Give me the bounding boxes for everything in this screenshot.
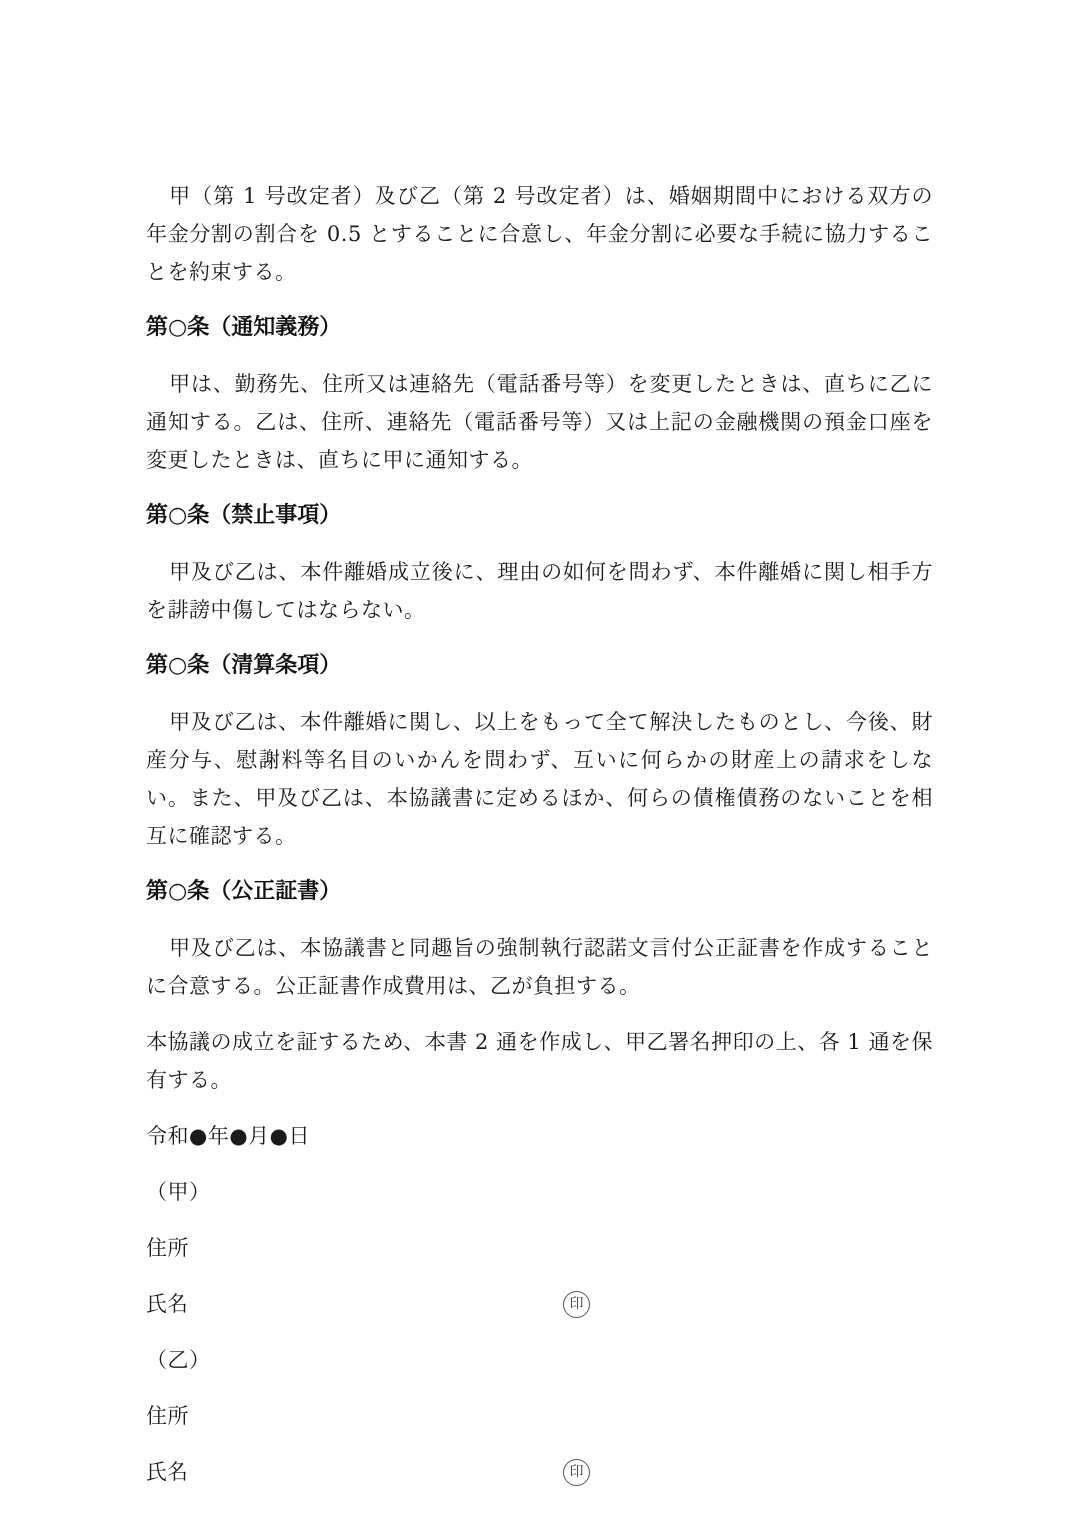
party-a-label: （甲） — [146, 1173, 933, 1211]
section-heading-prohibited-acts: 第○条（禁止事項） — [146, 497, 933, 535]
section-body-settlement-clause: 甲及び乙は、本件離婚に関し、以上をもって全て解決したものとし、今後、財産分与、慰… — [146, 703, 933, 855]
party-b-name-line: 氏名 印 — [146, 1453, 933, 1491]
seal-icon: 印 — [563, 1459, 590, 1486]
party-b-label: （乙） — [146, 1341, 933, 1379]
date-line: 令和●年●月●日 — [146, 1117, 933, 1155]
closing-paragraph: 本協議の成立を証するため、本書 2 通を作成し、甲乙署名押印の上、各 1 通を保… — [146, 1023, 933, 1099]
section-heading-notification-duty: 第○条（通知義務） — [146, 309, 933, 347]
section-heading-notarial-deed: 第○条（公正証書） — [146, 873, 933, 911]
party-a-name-line: 氏名 印 — [146, 1285, 933, 1323]
intro-paragraph: 甲（第 1 号改定者）及び乙（第 2 号改定者）は、婚姻期間中における双方の年金… — [146, 177, 933, 291]
seal-icon: 印 — [563, 1291, 590, 1318]
party-a-address-label: 住所 — [146, 1229, 933, 1267]
signature-block-party-a: （甲） 住所 氏名 印 — [146, 1173, 933, 1323]
section-body-notification-duty: 甲は、勤務先、住所又は連絡先（電話番号等）を変更したときは、直ちに乙に通知する。… — [146, 365, 933, 479]
section-heading-settlement-clause: 第○条（清算条項） — [146, 647, 933, 685]
document-page: 甲（第 1 号改定者）及び乙（第 2 号改定者）は、婚姻期間中における双方の年金… — [0, 0, 1087, 1536]
section-body-prohibited-acts: 甲及び乙は、本件離婚成立後に、理由の如何を問わず、本件離婚に関し相手方を誹謗中傷… — [146, 553, 933, 629]
party-b-address-label: 住所 — [146, 1397, 933, 1435]
signature-block-party-b: （乙） 住所 氏名 印 — [146, 1341, 933, 1491]
party-a-name-label: 氏名 — [146, 1285, 188, 1323]
section-body-notarial-deed: 甲及び乙は、本協議書と同趣旨の強制執行認諾文言付公正証書を作成することに合意する… — [146, 929, 933, 1005]
party-b-name-label: 氏名 — [146, 1453, 188, 1491]
